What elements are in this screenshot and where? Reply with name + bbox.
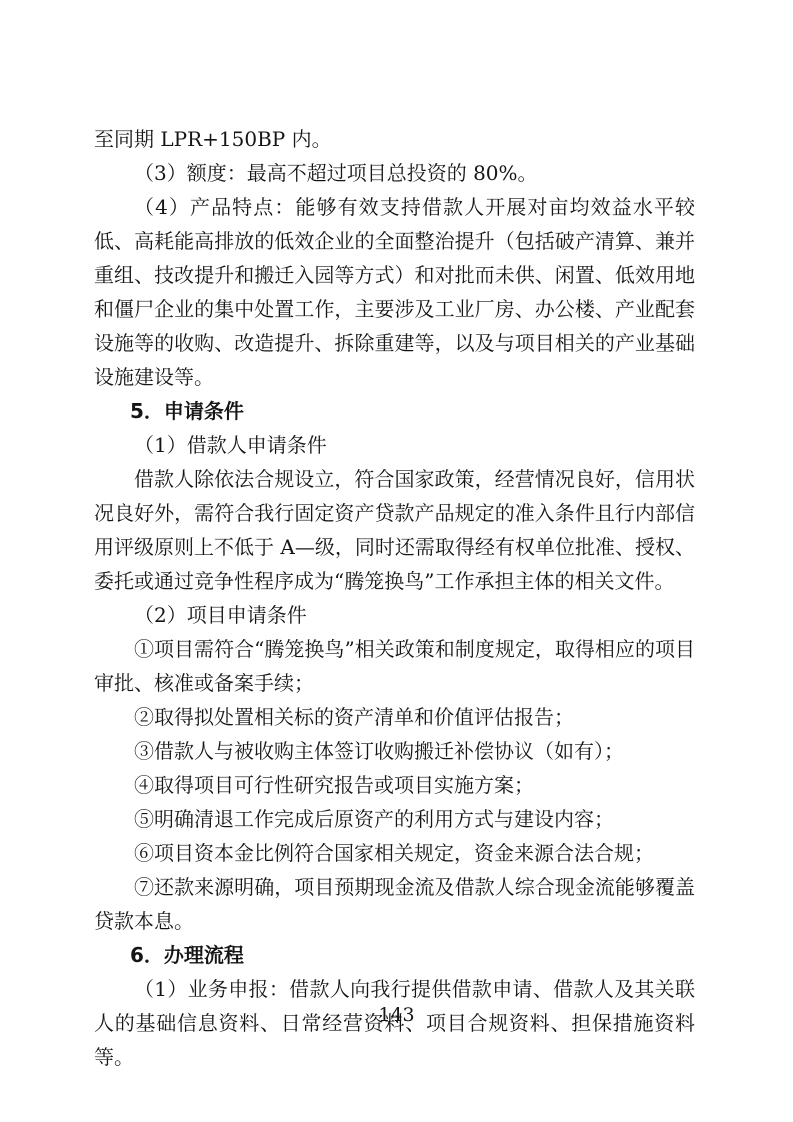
paragraph-quota: （3）额度：最高不超过项目总投资的 80%。: [94, 156, 695, 190]
list-item-condition-2: ②取得拟处置相关标的资产清单和价值评估报告；: [94, 700, 695, 734]
list-item-condition-7: ⑦还款来源明确，项目预期现金流及借款人综合现金流能够覆盖贷款本息。: [94, 870, 695, 938]
list-item-condition-4: ④取得项目可行性研究报告或项目实施方案；: [94, 768, 695, 802]
paragraph-borrower-conditions-title: （1）借款人申请条件: [94, 428, 695, 462]
list-item-condition-5: ⑤明确清退工作完成后原资产的利用方式与建设内容；: [94, 802, 695, 836]
paragraph-product-features: （4）产品特点：能够有效支持借款人开展对亩均效益水平较低、高耗能高排放的低效企业…: [94, 190, 695, 394]
list-item-condition-6: ⑥项目资本金比例符合国家相关规定，资金来源合法合规；: [94, 836, 695, 870]
list-item-condition-1: ①项目需符合“腾笼换鸟”相关政策和制度规定，取得相应的项目审批、核准或备案手续；: [94, 632, 695, 700]
document-page: 至同期 LPR+150BP 内。 （3）额度：最高不超过项目总投资的 80%。 …: [0, 0, 793, 1122]
heading-section-6-processing-flow: 6．办理流程: [94, 938, 695, 972]
heading-section-5-application-conditions: 5．申请条件: [94, 394, 695, 428]
paragraph-lpr-continuation: 至同期 LPR+150BP 内。: [94, 122, 695, 156]
paragraph-project-conditions-title: （2）项目申请条件: [94, 598, 695, 632]
paragraph-borrower-conditions-body: 借款人除依法合规设立，符合国家政策，经营情况良好，信用状况良好外，需符合我行固定…: [94, 462, 695, 598]
page-number: 143: [0, 999, 793, 1031]
page-content: 至同期 LPR+150BP 内。 （3）额度：最高不超过项目总投资的 80%。 …: [94, 122, 695, 1074]
list-item-condition-3: ③借款人与被收购主体签订收购搬迁补偿协议（如有）；: [94, 734, 695, 768]
